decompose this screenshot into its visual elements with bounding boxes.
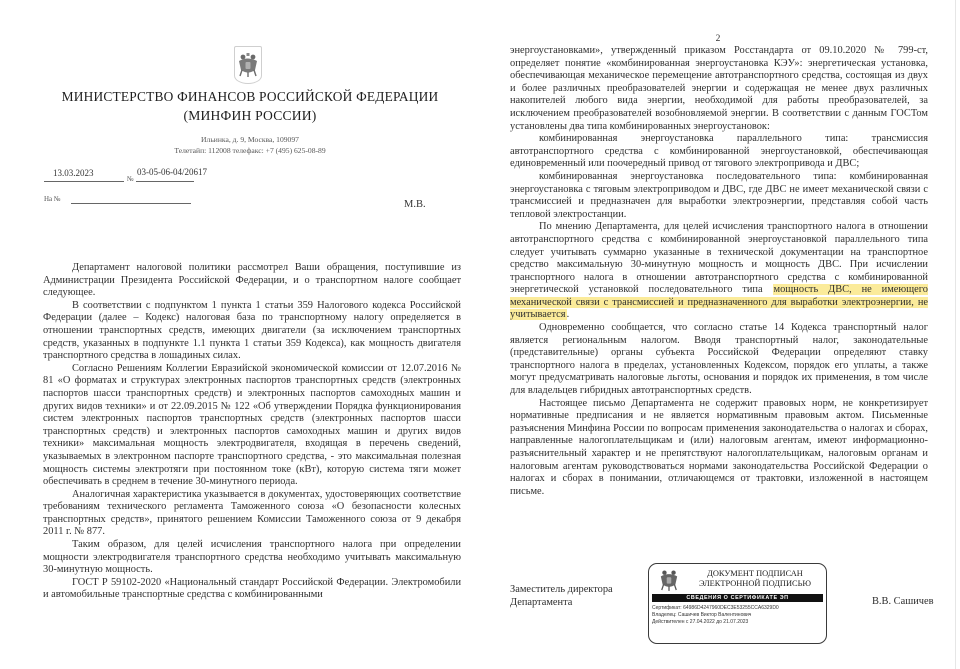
signer-title-line: Заместитель директора [510,583,613,596]
ministry-name: МИНИСТЕРСТВО ФИНАНСОВ РОССИЙСКОЙ ФЕДЕРАЦ… [0,89,500,105]
paragraph: В соответствии с подпунктом 1 пункта 1 с… [43,300,461,363]
signer-title: Заместитель директора Департамента [510,583,613,609]
paragraph: Департамент налоговой политики рассмотре… [43,262,461,300]
certificate-owner: Владелец: Сашичев Виктор Валентинович [652,612,751,618]
coat-of-arms-emblem-icon [234,46,262,84]
date-underline [44,181,124,182]
paragraph: комбинированная энергоустановка последов… [510,171,928,221]
addressee: М.В. [404,199,426,210]
ministry-contacts: Телетайп: 112008 телефакс: +7 (495) 625-… [0,146,500,155]
certificate-info-bar: СВЕДЕНИЯ О СЕРТИФИКАТЕ ЭП [652,594,823,602]
signer-title-line: Департамента [510,596,613,609]
ministry-address: Ильинка, д. 9, Москва, 109097 [0,135,500,144]
letter-page-2: 2 энергоустановками», утвержденный прика… [480,0,956,669]
electronic-signature-stamp: ДОКУМЕНТ ПОДПИСАН ЭЛЕКТРОННОЙ ПОДПИСЬЮ С… [648,563,827,644]
paragraph: комбинированная энергоустановка параллел… [510,133,928,171]
double-headed-eagle-icon [237,52,259,78]
paragraph: Аналогичная характеристика указывается в… [43,489,461,539]
paragraph: ГОСТ Р 59102-2020 «Национальный стандарт… [43,577,461,602]
letter-date: 13.03.2023 [53,168,94,178]
stamp-title-line: ЭЛЕКТРОННОЙ ПОДПИСЬЮ [689,579,821,589]
page-number: 2 [480,34,956,44]
reference-number-underline [71,203,191,204]
paragraph: Одновременно сообщается, что согласно ст… [510,322,928,398]
stamp-title: ДОКУМЕНТ ПОДПИСАН ЭЛЕКТРОННОЙ ПОДПИСЬЮ [689,569,821,588]
ministry-short-name: (МИНФИН РОССИИ) [0,108,500,124]
certificate-validity: Действителен с 27.04.2022 до 21.07.2023 [652,619,748,625]
paragraph: энергоустановками», утвержденный приказо… [510,45,928,133]
page-2-body: энергоустановками», утвержденный приказо… [510,45,928,498]
opinion-end: . [567,309,570,320]
stamp-title-line: ДОКУМЕНТ ПОДПИСАН [689,569,821,579]
signer-name: В.В. Сашичев [872,596,934,607]
paragraph: Настоящее письмо Департамента не содержи… [510,398,928,499]
paragraph: Таким образом, для целей исчисления тран… [43,539,461,577]
letter-number: 03-05-06-04/20617 [137,167,207,177]
paragraph: Согласно Решениям Коллегии Евразийской э… [43,363,461,489]
letter-page-1: МИНИСТЕРСТВО ФИНАНСОВ РОССИЙСКОЙ ФЕДЕРАЦ… [0,0,480,669]
number-sign: № [127,175,134,183]
reference-number-label: На № [44,195,61,203]
certificate-serial: Сертификат: 64986D4247960DEC3E53255CCA63… [652,605,779,611]
opinion-paragraph: По мнению Департамента, для целей исчисл… [510,221,928,322]
coat-of-arms-icon [659,568,679,592]
page-1-body: Департамент налоговой политики рассмотре… [43,262,461,602]
number-underline [136,181,194,182]
